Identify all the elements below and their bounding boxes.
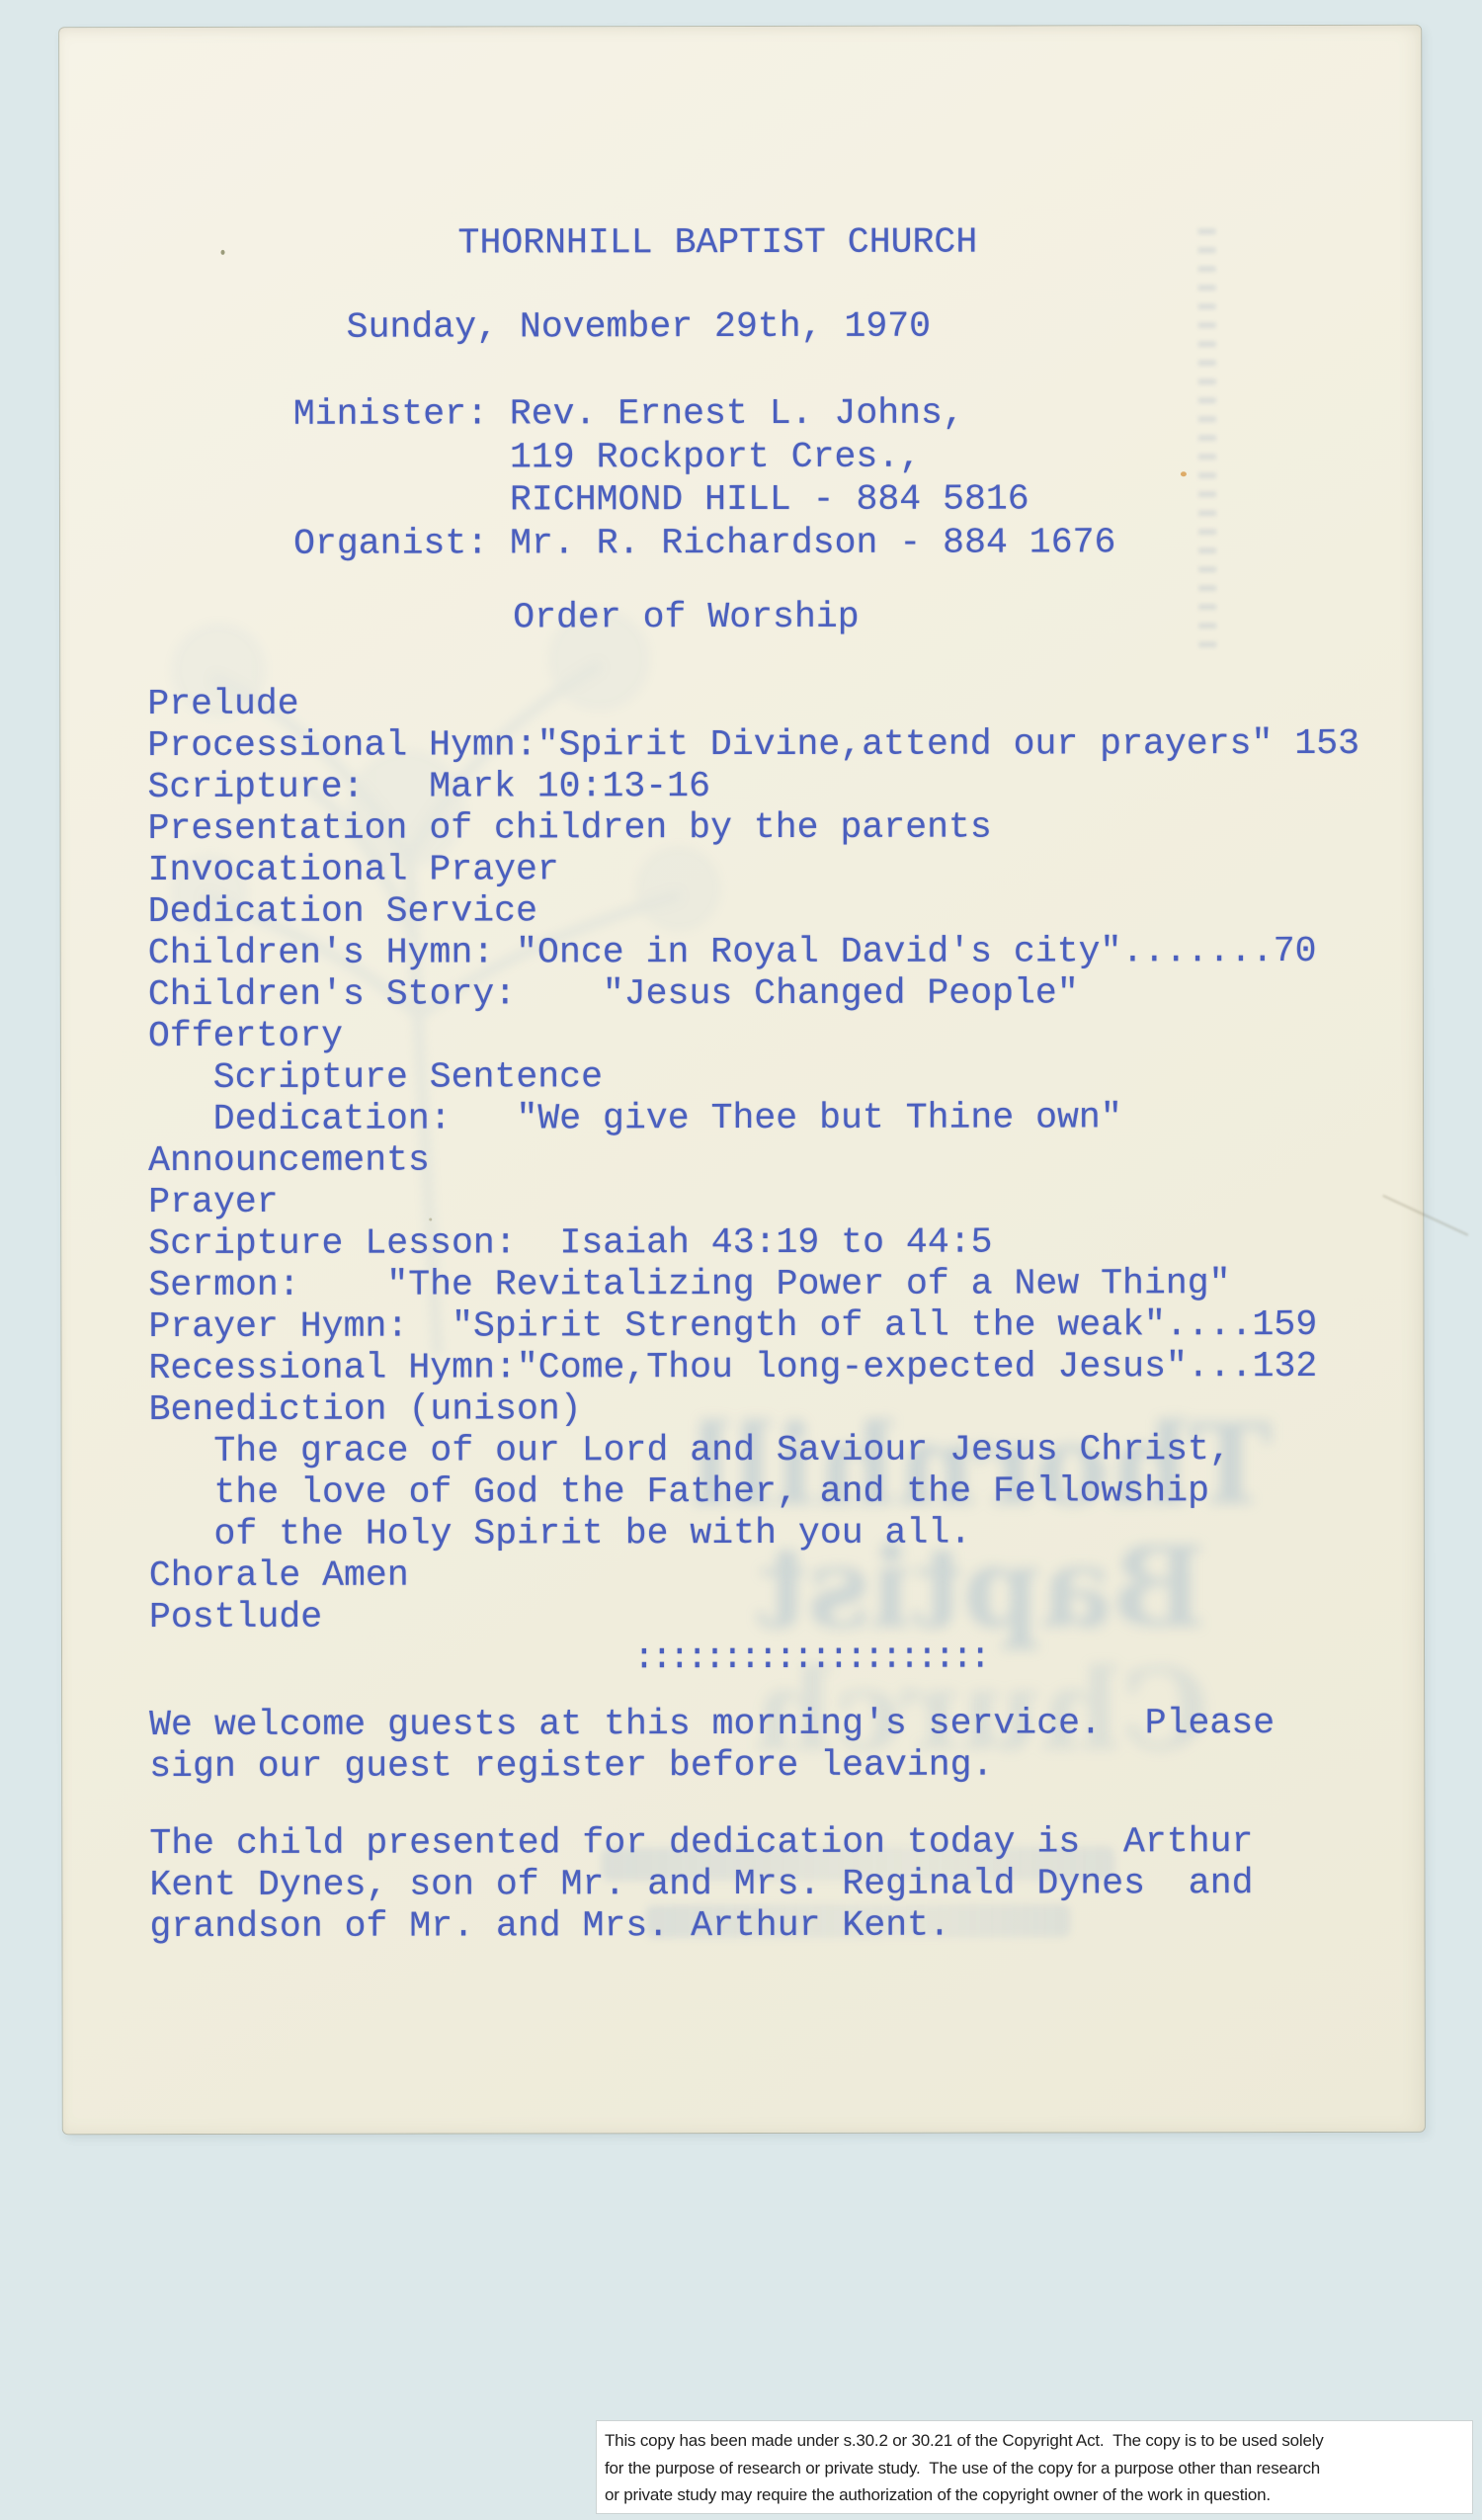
church-name: THORNHILL BAPTIST CHURCH	[457, 222, 977, 265]
paper-speck	[221, 250, 225, 255]
paper-crease	[1382, 1195, 1468, 1236]
dedication-note: The child presented for dedication today…	[149, 1821, 1253, 1948]
bulletin-page: ThornhillBaptistChurch THORNHILL BAPTIST…	[59, 26, 1425, 2134]
order-of-worship-list: Prelude Processional Hymn:"Spirit Divine…	[147, 682, 1360, 1638]
showthrough-margin-column	[1197, 228, 1216, 653]
paper-speck	[429, 1218, 432, 1221]
colon-divider: ::::::::::::::::::::	[633, 1638, 987, 1680]
welcome-note: We welcome guests at this morning's serv…	[149, 1703, 1275, 1788]
scanned-bulletin-scene: ThornhillBaptistChurch THORNHILL BAPTIST…	[0, 0, 1482, 2520]
order-of-worship-title: Order of Worship	[513, 597, 860, 639]
staff-block: Minister: Rev. Ernest L. Johns, 119 Rock…	[293, 391, 1116, 564]
paper-speck	[1181, 471, 1187, 476]
copyright-notice-text: This copy has been made under s.30.2 or …	[605, 2427, 1464, 2509]
copyright-notice: This copy has been made under s.30.2 or …	[597, 2421, 1472, 2513]
service-date: Sunday, November 29th, 1970	[347, 306, 931, 349]
